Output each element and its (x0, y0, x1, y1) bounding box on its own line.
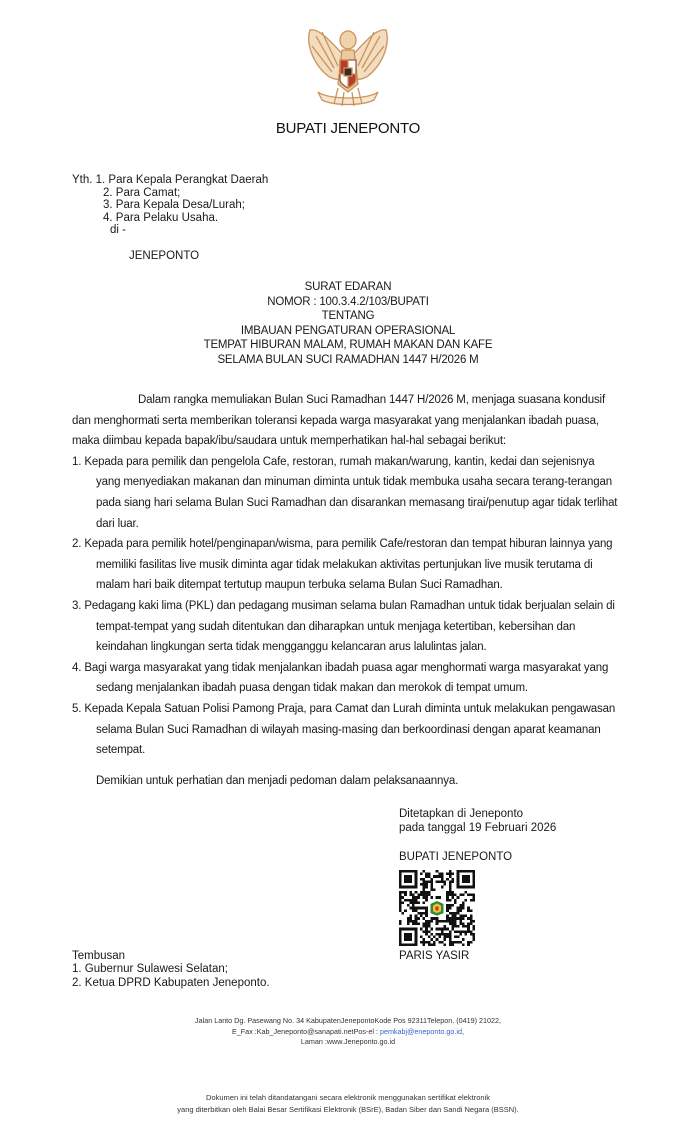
instruction-text: Kepada para pemilik hotel/penginapan/wis… (84, 538, 612, 591)
instruction-text: Kepada Kepala Satuan Polisi Pamong Praja… (84, 703, 615, 756)
footer-email-link[interactable]: pemkabj@eneponto.go.id (380, 1027, 462, 1036)
copies-label: Tembusan (72, 950, 270, 963)
instruction-number: 4. (72, 662, 81, 674)
instruction-number: 5. (72, 703, 81, 715)
addressee-city: JENEPONTO (72, 250, 268, 263)
instruction-text: Kepada para pemilik dan pengelola Cafe, … (84, 456, 617, 530)
addressee-line: 2. Para Camat; (72, 187, 268, 200)
instruction-number: 3. (72, 600, 81, 612)
letter-body: Dalam rangka memuliakan Bulan Suci Ramad… (72, 390, 620, 791)
signatory-name: PARIS YASIR (399, 950, 556, 964)
instruction-number: 1. (72, 456, 81, 468)
addressee-line: 4. Para Pelaku Usaha. (72, 212, 268, 225)
letter-about: TENTANG (0, 309, 696, 324)
footer-address: Jalan Lanto Dg. Pasewang No. 34 Kabupate… (0, 1016, 696, 1048)
addressee-line: 3. Para Kepala Desa/Lurah; (72, 199, 268, 212)
copies-item: 2. Ketua DPRD Kabupaten Jeneponto. (72, 977, 270, 990)
footer-punct: , (462, 1027, 464, 1036)
footer-website[interactable]: Laman :www.Jeneponto.go.id (0, 1037, 696, 1048)
letter-subject-line: IMBAUAN PENGATURAN OPERASIONAL (0, 324, 696, 339)
signature-place: Ditetapkan di Jeneponto (399, 808, 556, 822)
e-signature-note: Dokumen ini telah ditandatangani secara … (0, 1092, 696, 1116)
e-signature-note-line: Dokumen ini telah ditandatangani secara … (0, 1092, 696, 1104)
instruction-list: 1. Kepada para pemilik dan pengelola Caf… (72, 452, 620, 761)
addressee-line: Yth. 1. Para Kepala Perangkat Daerah (72, 174, 268, 187)
intro-paragraph: Dalam rangka memuliakan Bulan Suci Ramad… (72, 390, 620, 452)
instruction-item: 5. Kepada Kepala Satuan Polisi Pamong Pr… (72, 699, 620, 761)
letter-heading: SURAT EDARAN NOMOR : 100.3.4.2/103/BUPAT… (0, 280, 696, 367)
e-signature-note-line: yang diterbitkan oleh Balai Besar Sertif… (0, 1104, 696, 1116)
closing-paragraph: Demikian untuk perhatian dan menjadi ped… (72, 771, 620, 792)
signature-date: pada tanggal 19 Februari 2026 (399, 822, 556, 836)
instruction-text: Pedagang kaki lima (PKL) dan pedagang mu… (84, 600, 614, 653)
footer-address-line: Jalan Lanto Dg. Pasewang No. 34 Kabupate… (0, 1016, 696, 1027)
letter-subject-line: SELAMA BULAN SUCI RAMADHAN 1447 H/2026 M (0, 353, 696, 368)
copies-item: 1. Gubernur Sulawesi Selatan; (72, 963, 270, 976)
instruction-item: 1. Kepada para pemilik dan pengelola Caf… (72, 452, 620, 534)
copies-block: Tembusan 1. Gubernur Sulawesi Selatan; 2… (72, 950, 270, 990)
letter-subject-line: TEMPAT HIBURAN MALAM, RUMAH MAKAN DAN KA… (0, 338, 696, 353)
signature-block: Ditetapkan di Jeneponto pada tanggal 19 … (399, 808, 556, 963)
letterhead-title: BUPATI JENEPONTO (0, 120, 696, 137)
letter-number: NOMOR : 100.3.4.2/103/BUPATI (0, 295, 696, 310)
addressee-di: di - (72, 224, 268, 237)
footer-contact-line: E_Fax :Kab_Jeneponto@sanapati.netPos-el … (0, 1027, 696, 1038)
instruction-item: 3. Pedagang kaki lima (PKL) dan pedagang… (72, 596, 620, 658)
signature-title: BUPATI JENEPONTO (399, 851, 556, 865)
instruction-item: 4. Bagi warga masyarakat yang tidak menj… (72, 658, 620, 699)
addressee-block: Yth. 1. Para Kepala Perangkat Daerah 2. … (72, 174, 268, 263)
qr-code-icon (399, 870, 475, 946)
instruction-text: Bagi warga masyarakat yang tidak menjala… (84, 662, 608, 695)
instruction-number: 2. (72, 538, 81, 550)
footer-fax: E_Fax :Kab_Jeneponto@sanapati.netPos-el … (232, 1027, 380, 1036)
garuda-emblem-icon (298, 18, 398, 112)
letter-type: SURAT EDARAN (0, 280, 696, 295)
instruction-item: 2. Kepada para pemilik hotel/penginapan/… (72, 534, 620, 596)
